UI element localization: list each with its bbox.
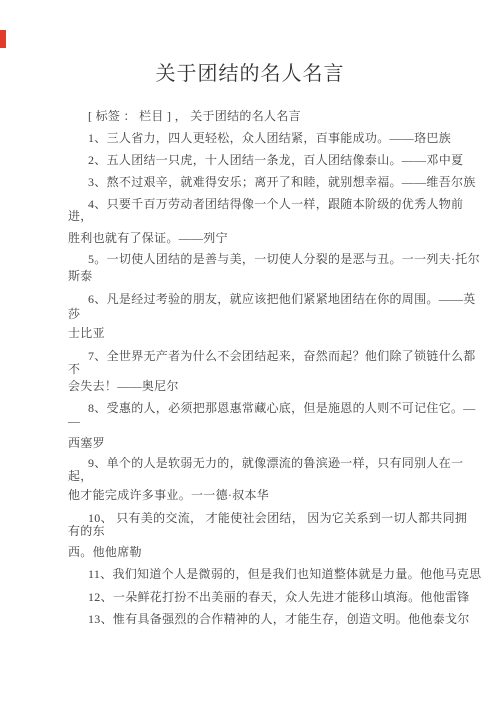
red-bookmark-mark [0,30,6,48]
text-line: 他才能完成许多事业。一一德·叔本华 [68,489,440,501]
text-line: 12、一朵鲜花打扮不出美丽的春天，众人先进才能移山填海。他他雷锋 [68,591,440,603]
text-line: 10、 只有美的交流， 才能使社会团结， 因为它关系到一切人都共同拥 [68,512,440,524]
text-line: 起， [68,470,440,482]
text-line: 7、全世界无产者为什么不会团结起来，奋然而起？他们除了锁链什么都 [68,350,440,362]
text-line: 2、五人团结一只虎，十人团结一条龙，百人团结像泰山。——邓中夏 [68,154,440,166]
text-line: 不 [68,363,440,375]
document-body: [ 标签 ： 栏目 ] ， 关于团结的名人名言 1、三人省力，四人更轻松，众人团… [68,110,440,625]
text-line: 会失去！——奥尼尔 [68,380,440,392]
text-line: 3、熬不过艰辛，就难得安乐；离开了和睦，就别想幸福。——维吾尔族 [68,176,440,188]
text-line: 5。一切使人团结的是善与美，一切使人分裂的是恶与丑。一一列夫·托尔 [68,253,440,265]
text-line: 莎 [68,308,440,320]
text-line: 9、单个的人是软弱无力的，就像漂流的鲁滨逊一样，只有同别人在一 [68,457,440,469]
text-line: 4、只要千百万劳动者团结得像一个人一样，跟随本阶级的优秀人物前 [68,198,440,210]
text-line: 11、我们知道个人是微弱的，但是我们也知道整体就是力量。他他马克思 [68,568,440,580]
text-line: 西。他他席勒 [68,546,440,558]
text-line: 西塞罗 [68,437,440,449]
text-line: 斯泰 [68,270,440,282]
text-line: 1、三人省力，四人更轻松，众人团结紧，百事能成功。——珞巴族 [68,132,440,144]
text-line: 士比亚 [68,327,440,339]
text-line: 进， [68,210,440,222]
document-title: 关于团结的名人名言 [0,57,500,86]
text-line: 胜利也就有了保证。——列宁 [68,232,440,244]
document-page: 关于团结的名人名言 [ 标签 ： 栏目 ] ， 关于团结的名人名言 1、三人省力… [0,0,500,708]
text-line: [ 标签 ： 栏目 ] ， 关于团结的名人名言 [68,110,440,122]
text-line: 6、凡是经过考验的朋友，就应该把他们紧紧地团结在你的周围。——英 [68,293,440,305]
text-line: — [68,415,440,427]
text-line: 13、惟有具备强烈的合作精神的人，才能生存，创造文明。他他泰戈尔 [68,613,440,625]
text-line: 8、受惠的人，必须把那恩惠常藏心底，但是施恩的人则不可记住它。— [68,402,440,414]
text-line: 有的东 [68,525,440,537]
